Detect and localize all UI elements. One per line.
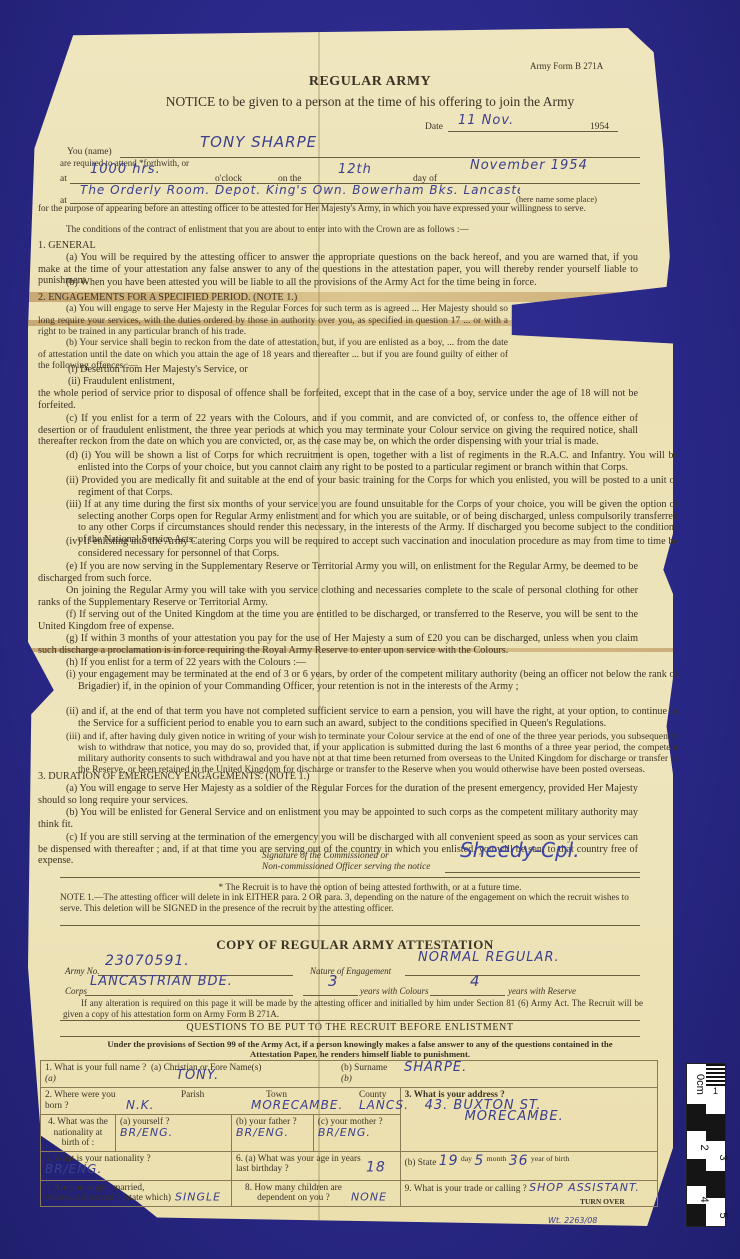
print-reference: Wt. 2263/08 (548, 1215, 597, 1227)
q2-town-value: MORECAMBE. (251, 1100, 343, 1111)
q1-name-cell: 1. What is your full name ? (a) Christia… (41, 1061, 401, 1088)
scale-bar: 0cm 1 2 3 4 5 (686, 1063, 726, 1227)
divider (60, 925, 640, 926)
year-value: 1954 (590, 121, 609, 133)
q8-cell: 8. How many children are dependent on yo… (231, 1180, 400, 1206)
q6b-label: (b) State (405, 1158, 437, 1168)
reserve-years-value: 4 (470, 975, 481, 987)
form-reference: Army Form B 271A (530, 60, 603, 72)
colours-label: years with Colours (360, 985, 429, 997)
time-at-label: at (60, 173, 67, 185)
q7-cell: 7. Are you single, married, widowed divo… (41, 1180, 232, 1206)
q6b-year-label: year of birth (531, 1154, 569, 1163)
corps-line (85, 995, 293, 996)
corps-value: LANCASTRIAN BDE. (90, 976, 233, 988)
colours-years-value: 3 (328, 975, 339, 987)
turn-over-label: TURN OVER (580, 1196, 625, 1208)
q1-surname-cell: SHARPE. (400, 1061, 657, 1088)
q9-trade-value: SHOP ASSISTANT. (529, 1181, 640, 1194)
conditions-text: The conditions of the contract of enlist… (38, 224, 638, 236)
q6-cell: 6. (a) What was your age in years last b… (231, 1151, 400, 1180)
section-3-a: (a) You will engage to serve Her Majesty… (38, 783, 638, 806)
q3-address-line-2: MORECAMBE. (405, 1109, 564, 1124)
q2-parish-value: N.K. (126, 1100, 154, 1111)
section-2-h-i: (i) your engagement may be terminated at… (38, 669, 678, 692)
signature-line (445, 872, 640, 873)
scale-mark: 5 (702, 1206, 729, 1225)
q1-surname-value: SHARPE. (404, 1060, 467, 1075)
q5-value: BR/ENG. (45, 1162, 102, 1176)
q2-label: 2. Where were you born ? (45, 1090, 125, 1111)
section-2-b-item-1: (i) Desertion from Her Majesty's Service… (38, 364, 638, 376)
q1-b-mark: (b) (341, 1074, 352, 1084)
q4-c-value: BR/ENG. (318, 1126, 371, 1139)
q4-label: 4. What was the nationality at birth of … (41, 1115, 116, 1152)
questions-heading: QUESTIONS TO BE PUT TO THE RECRUIT BEFOR… (0, 1022, 700, 1034)
date-value: 11 Nov. (458, 115, 514, 127)
q8-label: 8. How many children are dependent on yo… (236, 1183, 351, 1204)
q1-b-label: (b) Surname (341, 1063, 387, 1073)
note-1: NOTE 1.—The attesting officer will delet… (60, 893, 640, 915)
section-3-heading: 3. DURATION OF EMERGENCY ENGAGEMENTS. (N… (38, 771, 638, 783)
section-1-b: (b) When you have been attested you will… (38, 277, 638, 289)
q1-forename-value: TONY. (176, 1071, 219, 1082)
q7-marital-value: SINGLE (175, 1190, 221, 1203)
table-row: 1. What is your full name ? (a) Christia… (41, 1061, 658, 1088)
q8-children-value: NONE (351, 1190, 387, 1203)
scale-block (706, 1114, 725, 1141)
signature-label-line-2: Non-commissioned Officer serving the not… (262, 862, 430, 873)
q6b-day-value: 19 (439, 1153, 459, 1169)
section-2-heading: 2. ENGAGEMENTS FOR A SPECIFIED PERIOD. (… (38, 292, 638, 304)
date-label: Date (425, 121, 443, 133)
colours-line (303, 995, 358, 996)
q6-label: 6. (a) What was your age in years last b… (236, 1154, 366, 1175)
section-2-b-item-2: (ii) Fraudulent enlistment, (38, 376, 638, 388)
nature-line (405, 975, 640, 976)
signature-label: Signature of the Commissioned or Non-com… (262, 851, 430, 873)
q4-a-cell: (a) yourself ?BR/ENG. (116, 1115, 232, 1152)
reserve-label: years with Reserve (508, 985, 576, 997)
month-value: November 1954 (470, 160, 588, 172)
q2-parish-label: Parish (181, 1090, 204, 1101)
q6b-month-value: 5 (474, 1153, 484, 1169)
table-row: 2. Where were you born ? Parish Town Cou… (41, 1088, 658, 1115)
q5-cell: 5. What is your nationality ?BR/ENG. (41, 1151, 232, 1180)
section-2-d-ii: (ii) Provided you are medically fit and … (38, 475, 678, 498)
page-subtitle: NOTICE to be given to a person at the ti… (0, 94, 740, 110)
purpose-text: for the purpose of appearing before an a… (38, 203, 638, 214)
q4-a-value: BR/ENG. (120, 1126, 173, 1139)
q2-birthplace-cell: 2. Where were you born ? Parish Town Cou… (41, 1088, 401, 1115)
q6b-birthdate-cell: (b) State 19 day 5 month 36 year of birt… (400, 1151, 657, 1180)
q4-b-cell: (b) your father ?BR/ENG. (231, 1115, 313, 1152)
section-2-f: (f) If serving out of the United Kingdom… (38, 609, 638, 632)
corps-label: Corps (65, 985, 87, 997)
recruit-questions-table: 1. What is your full name ? (a) Christia… (40, 1060, 658, 1207)
attestation-title: COPY OF REGULAR ARMY ATTESTATION (0, 939, 710, 951)
q6b-month-label: month (487, 1154, 507, 1163)
recruit-name: TONY SHARPE (200, 136, 317, 148)
q4-c-cell: (c) your mother ?BR/ENG. (313, 1115, 400, 1152)
section-2-a: (a) You will engage to serve Her Majesty… (38, 304, 508, 339)
section-2-e2: On joining the Regular Army you will tak… (38, 585, 638, 608)
section-2-d-i: (d) (i) You will be shown a list of Corp… (38, 450, 678, 473)
divider (60, 1036, 640, 1037)
q3-address-cell: 3. What is your address ? 43. BUXTON ST.… (400, 1088, 657, 1152)
section-2-h-iii: (iii) and if, after having duly given no… (38, 731, 678, 775)
table-row: 7. Are you single, married, widowed divo… (41, 1180, 658, 1206)
q1-a-mark: (a) (45, 1074, 56, 1084)
q9-label: 9. What is your trade or calling ? (405, 1184, 527, 1194)
q4-b-value: BR/ENG. (236, 1126, 289, 1139)
scale-block (687, 1104, 706, 1131)
scale-mark: 1 (706, 1086, 725, 1113)
alteration-text: If any alteration is required on this pa… (63, 998, 643, 1019)
section-3-b: (b) You will be enlisted for General Ser… (38, 807, 638, 830)
place-value: The Orderly Room. Depot. King's Own. Bow… (80, 184, 520, 196)
table-row: 5. What is your nationality ?BR/ENG. 6. … (41, 1151, 658, 1180)
q6b-year-value: 36 (509, 1153, 529, 1169)
time-value: 1000 hrs. (90, 164, 161, 176)
note-1-label: NOTE 1.— (60, 893, 103, 903)
false-answer-warning: Under the provisions of Section 99 of th… (100, 1039, 620, 1059)
page-title: REGULAR ARMY (0, 76, 740, 88)
day-value: 12th (338, 164, 372, 176)
note-1-text: The attesting officer will delete in ink… (60, 893, 629, 914)
divider (60, 1020, 640, 1021)
army-no-value: 23070591. (105, 955, 190, 967)
officer-signature: Sheedy-Cpl. (460, 844, 580, 856)
scale-mm-ticks (706, 1064, 725, 1086)
section-2-c: (c) If you enlist for a term of 22 years… (38, 413, 638, 448)
section-2-d-iv: (iv) If enlisting into the Army Catering… (38, 536, 678, 559)
reserve-line (430, 995, 505, 996)
signature-label-line-1: Signature of the Commissioned or (262, 851, 430, 862)
q1-surname-label: (b) Surname(b) (341, 1063, 387, 1084)
nature-label: Nature of Engagement (310, 965, 391, 977)
section-1-heading: 1. GENERAL (38, 240, 638, 252)
nature-value: NORMAL REGULAR. (418, 952, 560, 964)
scale-mark: 3 (702, 1148, 729, 1167)
q7-label: 7. Are you single, married, widowed divo… (45, 1183, 175, 1204)
section-2-h-ii: (ii) and if, at the end of that term you… (38, 706, 678, 729)
section-2-b-tail: the whole period of service prior to dis… (38, 388, 638, 411)
divider (60, 877, 640, 878)
q6-age-value: 18 (366, 1159, 386, 1175)
q6b-day-label: day (461, 1154, 472, 1163)
q1-label: 1. What is your full name ? (45, 1063, 146, 1073)
section-2-h: (h) If you enlist for a term of 22 years… (38, 657, 638, 669)
section-2-g: (g) If within 3 months of your attestati… (38, 633, 638, 656)
section-2-e: (e) If you are now serving in the Supple… (38, 561, 638, 584)
scale-unit-label: 0cm (687, 1064, 706, 1104)
